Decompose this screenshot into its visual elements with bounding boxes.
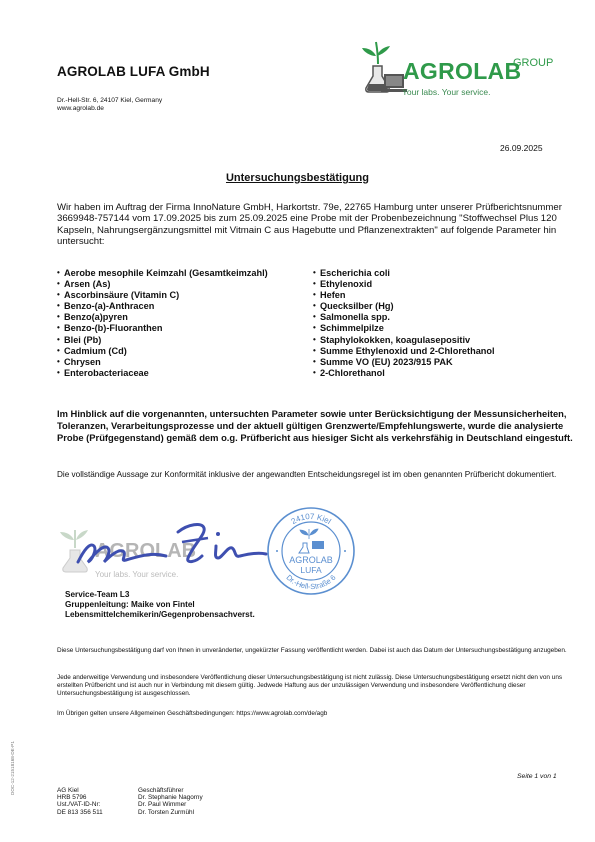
footer-line: Dr. Paul Wimmer (138, 801, 203, 808)
conformity-note: Die vollständige Aussage zur Konformität… (57, 469, 577, 480)
footer-line: Dr. Stephanie Nagorny (138, 794, 203, 801)
logo-group-label: GROUP (513, 57, 553, 69)
footer-line: Ust./VAT-ID-Nr: (57, 801, 103, 808)
parameter-item: Ethylenoxid (313, 279, 495, 290)
handwritten-signature (70, 512, 270, 572)
company-name: AGROLAB LUFA GmbH (57, 64, 210, 79)
disclaimer-terms: Im Übrigen gelten unsere Allgemeinen Ges… (57, 710, 577, 718)
disclaimer-usage: Jede anderweitige Verwendung und insbeso… (57, 674, 577, 699)
footer-line: Geschäftsführer (138, 787, 203, 794)
footer-line: HRB 5796 (57, 794, 103, 801)
parameter-item: Chrysen (57, 357, 268, 368)
parameter-item: Aerobe mesophile Keimzahl (Gesamtkeimzah… (57, 268, 268, 279)
signatory-lead: Gruppenleitung: Maike von Fintel (65, 600, 255, 610)
page-number: Seite 1 von 1 (517, 773, 557, 780)
parameter-item: 2-Chlorethanol (313, 368, 495, 379)
parameter-item: Quecksilber (Hg) (313, 301, 495, 312)
footer-registration: AG Kiel HRB 5796 Ust./VAT-ID-Nr: DE 813 … (57, 787, 103, 816)
company-website: www.agrolab.de (57, 105, 162, 113)
logo-wordmark: AGROLAB (403, 58, 521, 85)
company-stamp: 24107 Kiel Dr.-Hell-Straße 6 AGROLAB LUF… (265, 505, 357, 597)
parameter-item: Enterobacteriaceae (57, 368, 268, 379)
parameter-item: Summe VO (EU) 2023/915 PAK (313, 357, 495, 368)
parameter-item: Benzo(a)pyren (57, 312, 268, 323)
footer-management: Geschäftsführer Dr. Stephanie Nagorny Dr… (138, 787, 203, 816)
intro-paragraph: Wir haben im Auftrag der Firma InnoNatur… (57, 202, 577, 248)
parameter-item: Arsen (As) (57, 279, 268, 290)
document-title: Untersuchungsbestätigung (0, 172, 595, 184)
svg-text:AGROLAB: AGROLAB (289, 555, 333, 565)
parameter-list-left: Aerobe mesophile Keimzahl (Gesamtkeimzah… (57, 268, 268, 379)
parameter-item: Schimmelpilze (313, 323, 495, 334)
document-code: DOC-12-21518168-DE-P1 (10, 741, 15, 795)
company-address: Dr.-Hell-Str. 6, 24107 Kiel, Germany (57, 97, 162, 105)
footer-line: AG Kiel (57, 787, 103, 794)
parameter-item: Blei (Pb) (57, 335, 268, 346)
logo-slogan: Your labs. Your service. (402, 87, 491, 97)
parameter-item: Hefen (313, 290, 495, 301)
parameter-item: Escherichia coli (313, 268, 495, 279)
parameter-item: Salmonella spp. (313, 312, 495, 323)
parameter-item: Summe Ethylenoxid und 2-Chlorethanol (313, 346, 495, 357)
parameter-item: Ascorbinsäure (Vitamin C) (57, 290, 268, 301)
disclaimer-publication: Diese Untersuchungsbestätigung darf von … (57, 647, 577, 655)
conclusion-paragraph: Im Hinblick auf die vorgenannten, unters… (57, 408, 577, 444)
signatory-block: Service-Team L3 Gruppenleitung: Maike vo… (65, 590, 255, 621)
svg-text:Dr.-Hell-Straße 6: Dr.-Hell-Straße 6 (284, 573, 337, 591)
footer-line: Dr. Torsten Zurmühl (138, 809, 203, 816)
company-address-block: Dr.-Hell-Str. 6, 24107 Kiel, Germany www… (57, 97, 162, 113)
svg-text:24107 Kiel: 24107 Kiel (290, 512, 333, 526)
parameter-item: Benzo-(b)-Fluoranthen (57, 323, 268, 334)
parameter-item: Cadmium (Cd) (57, 346, 268, 357)
parameter-item: Staphylokokken, koagulasepositiv (313, 335, 495, 346)
footer-line: DE 813 356 511 (57, 809, 103, 816)
signatory-team: Service-Team L3 (65, 590, 255, 600)
svg-text:LUFA: LUFA (300, 565, 322, 575)
signatory-role: Lebensmittelchemikerin/Gegenprobensachve… (65, 610, 255, 620)
parameter-list-right: Escherichia coliEthylenoxidHefenQuecksil… (313, 268, 495, 379)
document-date: 26.09.2025 (500, 143, 543, 153)
parameter-item: Benzo-(a)-Anthracen (57, 301, 268, 312)
